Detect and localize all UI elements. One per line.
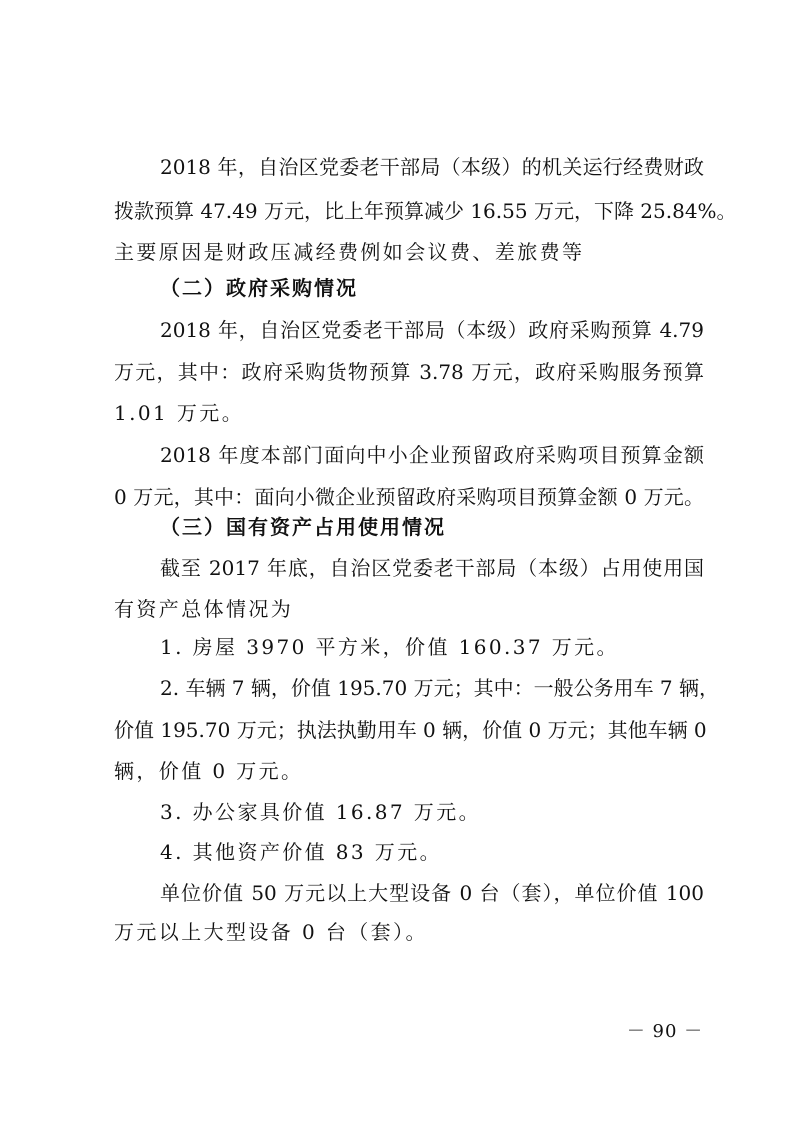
list-item-vehicles-line-1: 2. 车辆 7 辆，价值 195.70 万元；其中：一般公务用车 7 辆，: [160, 675, 704, 701]
paragraph-assets-intro-line-2: 有资产总体情况为: [114, 596, 704, 622]
list-item-vehicles-line-3: 辆，价值 0 万元。: [114, 758, 704, 784]
paragraph-sme-reserved-line-1: 2018 年度本部门面向中小企业预留政府采购项目预算金额: [160, 442, 704, 468]
paragraph-sme-reserved-line-2: 0 万元，其中：面向小微企业预留政府采购项目预算金额 0 万元。: [114, 484, 704, 510]
paragraph-large-equipment-line-1: 单位价值 50 万元以上大型设备 0 台（套），单位价值 100: [160, 880, 704, 906]
paragraph-procurement-line-2: 万元，其中：政府采购货物预算 3.78 万元，政府采购服务预算: [114, 359, 704, 385]
paragraph-procurement-line-1: 2018 年，自治区党委老干部局（本级）政府采购预算 4.79: [160, 317, 704, 343]
paragraph-operating-expenses-line-1: 2018 年，自治区党委老干部局（本级）的机关运行经费财政: [160, 154, 704, 180]
page-number: － 90 －: [620, 1020, 710, 1044]
section-heading-government-procurement: （二）政府采购情况: [160, 275, 704, 301]
paragraph-operating-expenses-line-2: 拨款预算 47.49 万元，比上年预算减少 16.55 万元，下降 25.84%…: [114, 198, 704, 224]
list-item-buildings: 1. 房屋 3970 平方米，价值 160.37 万元。: [160, 634, 704, 660]
list-item-vehicles-line-2: 价值 195.70 万元；执法执勤用车 0 辆，价值 0 万元；其他车辆 0: [114, 717, 704, 743]
document-page: 2018 年，自治区党委老干部局（本级）的机关运行经费财政 拨款预算 47.49…: [0, 0, 793, 1122]
paragraph-assets-intro-line-1: 截至 2017 年底，自治区党委老干部局（本级）占用使用国: [160, 555, 704, 581]
paragraph-procurement-line-3: 1.01 万元。: [114, 400, 704, 426]
section-heading-state-assets: （三）国有资产占用使用情况: [160, 514, 704, 540]
paragraph-operating-expenses-line-3: 主要原因是财政压减经费例如会议费、差旅费等: [114, 239, 704, 265]
list-item-other-assets: 4. 其他资产价值 83 万元。: [160, 839, 704, 865]
paragraph-large-equipment-line-2: 万元以上大型设备 0 台（套）。: [114, 919, 704, 945]
list-item-office-furniture: 3. 办公家具价值 16.87 万元。: [160, 799, 704, 825]
